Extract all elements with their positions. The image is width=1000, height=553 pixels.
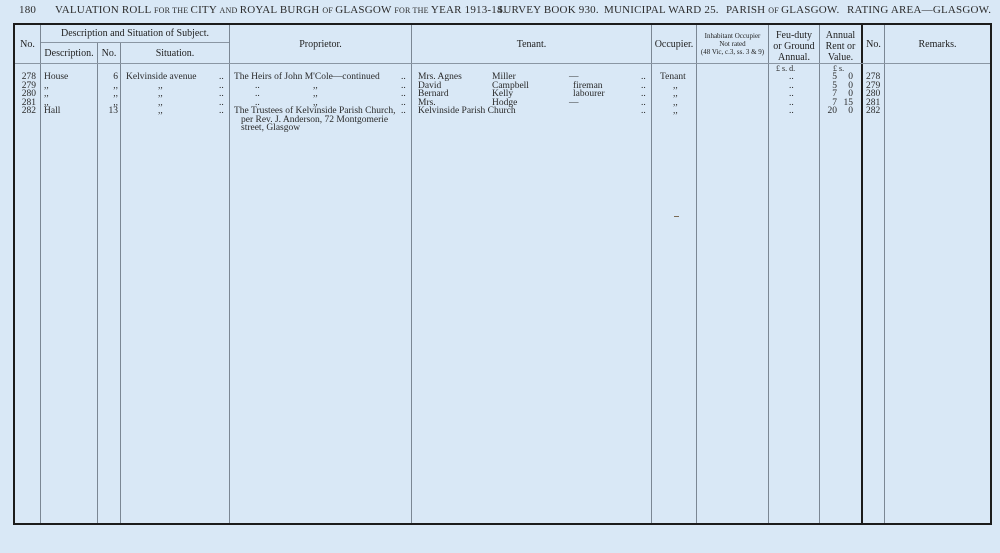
row-proprietor-cont: street, Glasgow [241,124,300,133]
municipal-ward: MUNICIPAL WARD 25. [604,4,719,16]
header-remarks: Remarks. [885,39,990,50]
header-occupier: Occupier. [652,39,696,50]
ink-mark [674,216,679,217]
header-description-group: Description and Situation of Subject. [41,28,229,39]
survey-book: SURVEY BOOK 930. [497,4,599,16]
row-no: 282 [15,107,36,116]
page-header: 180 VALUATION ROLL FOR THE CITY AND ROYA… [0,4,1000,22]
valuation-table: No. Description and Situation of Subject… [13,23,992,525]
row-house-no: 13 [98,107,118,116]
parish: PARISH OF GLASGOW. [726,4,839,16]
row-feu-duty: .. [789,107,794,116]
dot-leader: .. [219,107,224,116]
header-no: No. [15,39,40,50]
header-tenant: Tenant. [412,39,651,50]
header-feu-duty: Feu-duty or Ground Annual. [769,30,819,63]
roll-title: VALUATION ROLL FOR THE CITY AND ROYAL BU… [55,4,506,16]
header-house-no: No. [98,48,120,59]
page-number: 180 [19,4,36,16]
dot-leader: .. [401,107,406,116]
header-situation: Situation. [121,48,229,59]
header-inhabitant: Inhabitant Occupier Not rated (48 Vic, c… [697,32,768,56]
row-situation: ,, [158,107,163,116]
row-description: Hall [44,107,60,116]
header-description: Description. [41,48,97,59]
row-tenant-first: Kelvinside Parish Church [418,107,516,116]
rating-area: RATING AREA—GLASGOW. [847,4,991,16]
header-annual-rent: Annual Rent or Value. [820,30,861,63]
row-rent-pounds: 20 [823,107,837,116]
row-tenant-occupation: — [569,99,579,108]
dot-leader: .. [641,107,646,116]
row-rent-shillings: 0 [841,107,853,116]
row-occupier: ,, [673,107,678,116]
header-proprietor: Proprietor. [230,39,411,50]
row-no-2: 282 [866,107,880,116]
header-no-2: No. [863,39,884,50]
